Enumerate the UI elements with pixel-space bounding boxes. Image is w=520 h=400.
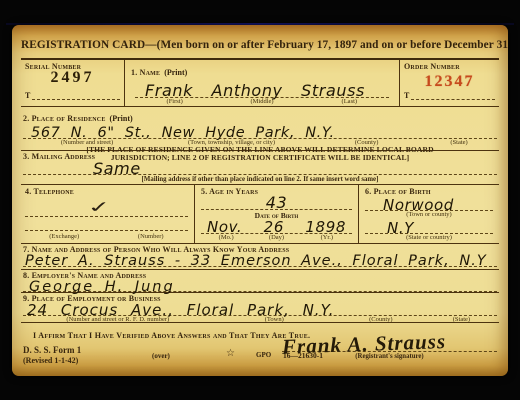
star-icon: ☆ (226, 348, 235, 359)
employment-section: 9. Place of Employment or Business 24 Cr… (21, 293, 499, 323)
employment-sublabel-state: (State) (426, 316, 497, 323)
birthplace-section: 6. Place of Birth Norwood (Town or count… (359, 185, 499, 243)
telephone-sublabel-number: (Number) (108, 233, 195, 240)
scanned-document-page: REGISTRATION CARD—(Men born on or after … (0, 0, 520, 400)
order-t-mark: T (404, 91, 409, 100)
contact-value: Peter A. Strauss - 33 Emerson Ave., Flor… (23, 253, 497, 269)
footer-row: D. S. S. Form 1 (Revised 1-1-42) (over) … (21, 337, 499, 372)
order-t-line: T (404, 91, 495, 100)
birthplace-label: 6. Place of Birth (365, 187, 493, 196)
form-number: D. S. S. Form 1 (Revised 1-1-42) (23, 346, 81, 365)
registration-card: REGISTRATION CARD—(Men born on or after … (12, 25, 508, 376)
employment-sublabel-street: (Number and street or R. F. D. number) (23, 316, 213, 323)
name-label-suffix: (Print) (164, 68, 187, 77)
serial-number-box: Serial Number 2497 T (21, 60, 125, 106)
dob-sublabel-day: (Day) (251, 234, 301, 241)
birthplace-state-sublabel: (State or country) (365, 234, 493, 241)
checkmark-icon: ✓ (86, 197, 113, 216)
employment-sublabel-town: (Town) (213, 316, 336, 323)
last-sublabel: (Last) (306, 98, 393, 105)
employer-section: 8. Employer's Name and Address George H.… (21, 270, 499, 293)
mailing-section: 3. Mailing Address Same [Mailing address… (21, 151, 499, 185)
serial-t-line: T (25, 91, 120, 100)
first-sublabel: (First) (131, 98, 218, 105)
gpo-mark: GPO (256, 351, 271, 359)
residence-section: 2. Place of Residence (Print) 567 N. 6" … (21, 107, 499, 151)
card-title: REGISTRATION CARD—(Men born on or after … (21, 39, 499, 51)
telephone-age-birth-row: 4. Telephone ✓ (Exchange) (Number) 5. Ag… (21, 185, 499, 244)
dob-sublabel-year: (Yr.) (302, 234, 352, 241)
residence-label: 2. Place of Residence (23, 114, 106, 123)
card-title-row: REGISTRATION CARD—(Men born on or after … (21, 30, 499, 60)
telephone-label: 4. Telephone (25, 187, 190, 196)
serial-number-value: 2497 (25, 69, 120, 87)
telephone-section: 4. Telephone ✓ (Exchange) (Number) (21, 185, 195, 243)
name-label: 1. Name (131, 68, 160, 77)
over-mark: (over) (152, 352, 170, 360)
order-dotted-line (411, 99, 495, 100)
header-boxes-row: Serial Number 2497 T 1. Name (Print) Fra… (21, 60, 499, 107)
signature-block: Frank A. Strauss (Registrant's signature… (282, 331, 497, 360)
order-number-value: 12347 (404, 73, 495, 91)
serial-dotted-line (32, 99, 120, 100)
telephone-dotted-line-2 (25, 230, 188, 231)
form-number-text: D. S. S. Form 1 (23, 346, 81, 356)
order-number-box: Order Number 12347 T (399, 60, 499, 106)
serial-t-mark: T (25, 91, 30, 100)
order-number-label: Order Number (404, 62, 495, 71)
form-revision: (Revised 1-1-42) (23, 356, 81, 366)
age-section: 5. Age in Years 43 Date of Birth Nov. 26… (195, 185, 359, 243)
contact-section: 7. Name and Address of Person Who Will A… (21, 244, 499, 270)
telephone-sublabel-exchange: (Exchange) (21, 233, 108, 240)
dob-sublabel-month: (Mo.) (201, 234, 251, 241)
employment-sublabel-county: (County) (336, 316, 426, 323)
telephone-dotted-line-1 (25, 216, 188, 217)
residence-label-suffix: (Print) (110, 114, 133, 123)
middle-sublabel: (Middle) (218, 98, 305, 105)
name-box: 1. Name (Print) Frank Anthony Strauss (F… (125, 60, 399, 106)
